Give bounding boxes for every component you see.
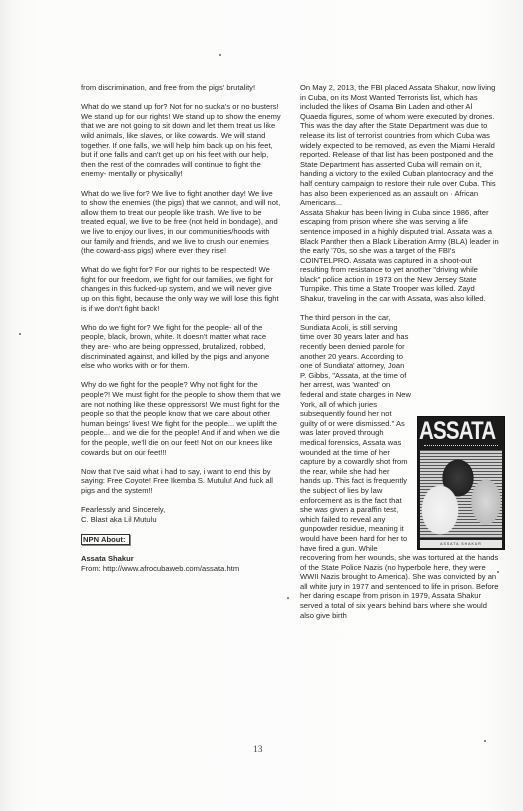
book-cover-portrait	[420, 450, 502, 538]
paragraph: What do we fight for? For our rights to …	[81, 265, 281, 313]
paragraph: Assata Shakur has been living in Cuba si…	[300, 208, 500, 304]
book-cover-wrapper: ASSATA ASSATA SHAKUR	[417, 416, 503, 548]
source-url: From: http://www.afrocubaweb.com/assata.…	[81, 564, 281, 574]
scan-speck	[497, 571, 499, 573]
scan-speck	[219, 54, 221, 56]
paragraph: What do we stand up for? Not for no suck…	[81, 102, 281, 179]
book-cover-image: ASSATA ASSATA SHAKUR	[417, 416, 505, 550]
scan-speck	[484, 740, 486, 742]
paragraph-with-image: ASSATA ASSATA SHAKUR The third person in…	[300, 313, 500, 620]
book-cover-title: ASSATA	[419, 418, 488, 444]
paragraph: On May 2, 2013, the FBI placed Assata Sh…	[300, 83, 500, 208]
paragraph: Why do we fight for the people? Why not …	[81, 380, 281, 457]
book-cover-subtitle-rule	[424, 445, 498, 448]
scan-speck	[287, 597, 289, 599]
scan-speck	[19, 333, 21, 335]
paragraph: Now that I've said what i had to say, i …	[81, 467, 281, 496]
paragraph: What do we live for? We live to fight an…	[81, 189, 281, 256]
signoff: Fearlessly and Sincerely,	[81, 505, 281, 515]
right-column: On May 2, 2013, the FBI placed Assata Sh…	[300, 83, 500, 630]
paragraph: from discrimination, and free from the p…	[81, 83, 281, 93]
paragraph: Who do we fight for? We fight for the pe…	[81, 323, 281, 371]
page-number: 13	[253, 745, 263, 755]
source-title: Assata Shakur	[81, 554, 281, 564]
left-column: from discrimination, and free from the p…	[81, 83, 281, 573]
section-label-npn-about: NPN About:	[81, 534, 130, 545]
book-cover-author: ASSATA SHAKUR	[420, 539, 502, 548]
signature: C. Blast aka Lil Mutulu	[81, 515, 281, 525]
